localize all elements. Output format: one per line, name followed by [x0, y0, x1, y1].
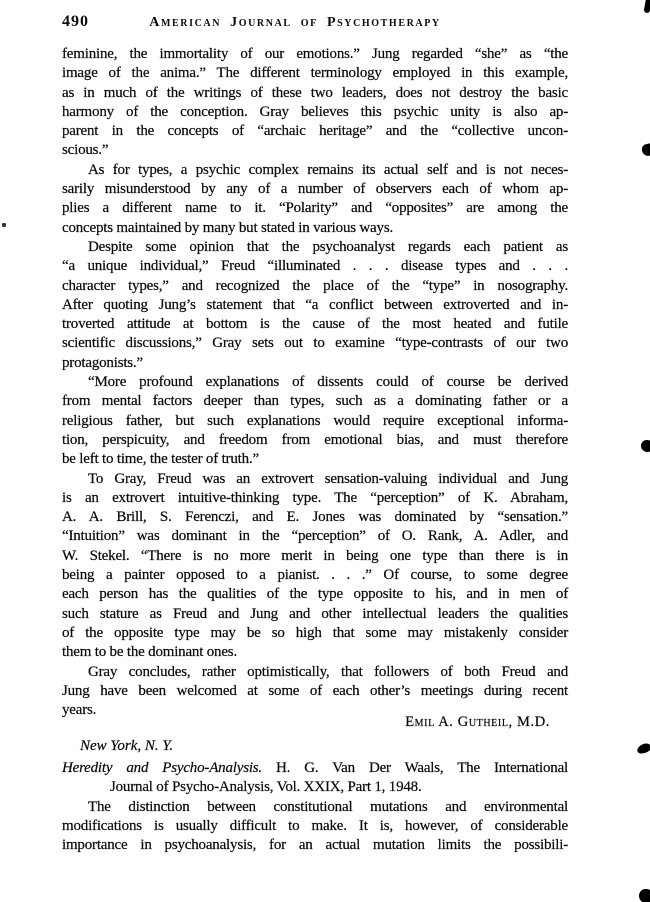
text-line: As for types, a psychic complex remains …	[62, 161, 568, 180]
ink-speck-artifact	[462, 697, 465, 699]
text-line: from mental factors deeper than types, s…	[62, 392, 568, 411]
next-review-body-text: The distinction between constitutional m…	[62, 798, 568, 856]
ink-blot-artifact	[644, 0, 650, 13]
scanned-journal-page: { "page": { "number": "490", "journal_ti…	[0, 0, 650, 902]
ink-blot-artifact	[641, 143, 650, 157]
text-line: feminine, the immortality of our emotion…	[62, 45, 568, 64]
text-line: being a painter opposed to a pianist. . …	[62, 566, 568, 585]
text-line: After quoting Jung’s statement that “a c…	[62, 296, 568, 315]
text-line: as in much of the writings of these two …	[62, 84, 568, 103]
text-line: scientific discussions,” Gray sets out t…	[62, 334, 568, 353]
text-line: parent in the concepts of “archaic herit…	[62, 122, 568, 141]
text-line: be left to time, the tester of truth.”	[62, 450, 568, 469]
text-line: To Gray, Freud was an extrovert sensatio…	[62, 470, 568, 489]
text-line: “More profound explanations of dissents …	[62, 373, 568, 392]
next-review-section: Heredity and Psycho-Analysis. H. G. Van …	[62, 759, 568, 855]
text-line: The distinction between constitutional m…	[62, 798, 568, 817]
ink-blot-artifact	[636, 742, 650, 754]
citation-source: H. G. Van Der Waals, The International	[276, 760, 568, 776]
text-line: importance in psychoanalysis, for an act…	[62, 836, 568, 855]
text-line: “a unique individual,” Freud “illuminate…	[62, 257, 568, 276]
text-line: Gray concludes, rather optimistically, t…	[62, 663, 568, 682]
reviewer-location: New York, N. Y.	[80, 738, 173, 755]
text-line: harmony of the conception. Gray believes…	[62, 103, 568, 122]
text-line: W. Stekel. “There is no more merit in be…	[62, 547, 568, 566]
text-line: protagonists.”	[62, 354, 568, 373]
citation-line-1: Heredity and Psycho-Analysis. H. G. Van …	[62, 759, 568, 778]
text-line: modifications is usually difficult to ma…	[62, 817, 568, 836]
ink-speck-artifact	[2, 223, 6, 227]
text-line: Jung have been welcomed at some of each …	[62, 682, 568, 701]
text-line: “Intuition” was dominant in the “percept…	[62, 527, 568, 546]
citation-line-2: Journal of Psycho-Analysis, Vol. XXIX, P…	[62, 778, 568, 797]
text-line: scious.”	[62, 141, 568, 160]
text-line: tion, perspicuity, and freedom from emot…	[62, 431, 568, 450]
reviewer-signature: Emil A. Gutheil, M.D.	[405, 714, 550, 731]
text-line: Despite some opinion that the psychoanal…	[62, 238, 568, 257]
text-line: each person has the qualities of the typ…	[62, 585, 568, 604]
text-line: A. A. Brill, S. Ferenczi, and E. Jones w…	[62, 508, 568, 527]
text-line: troverted attitude at bottom is the caus…	[62, 315, 568, 334]
text-line: concepts maintained by many but stated i…	[62, 219, 568, 238]
text-line: character types,” and recognized the pla…	[62, 277, 568, 296]
text-line: sarily misunderstood by any of a number …	[62, 180, 568, 199]
text-line: them to be the dominant ones.	[62, 643, 568, 662]
journal-running-title: American Journal of Psychotherapy	[0, 15, 590, 31]
review-body-text: feminine, the immortality of our emotion…	[62, 45, 568, 720]
text-line: religious father, but such explanations …	[62, 412, 568, 431]
text-line: plies a different name to it. “Polarity”…	[62, 199, 568, 218]
ink-blot-artifact	[639, 889, 650, 902]
text-line: such stature as Freud and Jung and other…	[62, 605, 568, 624]
ink-blot-artifact	[640, 439, 650, 453]
text-line: image of the anima.” The different termi…	[62, 64, 568, 83]
text-line: of the opposite type may be so high that…	[62, 624, 568, 643]
citation-title: Heredity and Psycho-Analysis.	[62, 760, 262, 776]
text-line: is an extrovert intuitive-thinking type.…	[62, 489, 568, 508]
